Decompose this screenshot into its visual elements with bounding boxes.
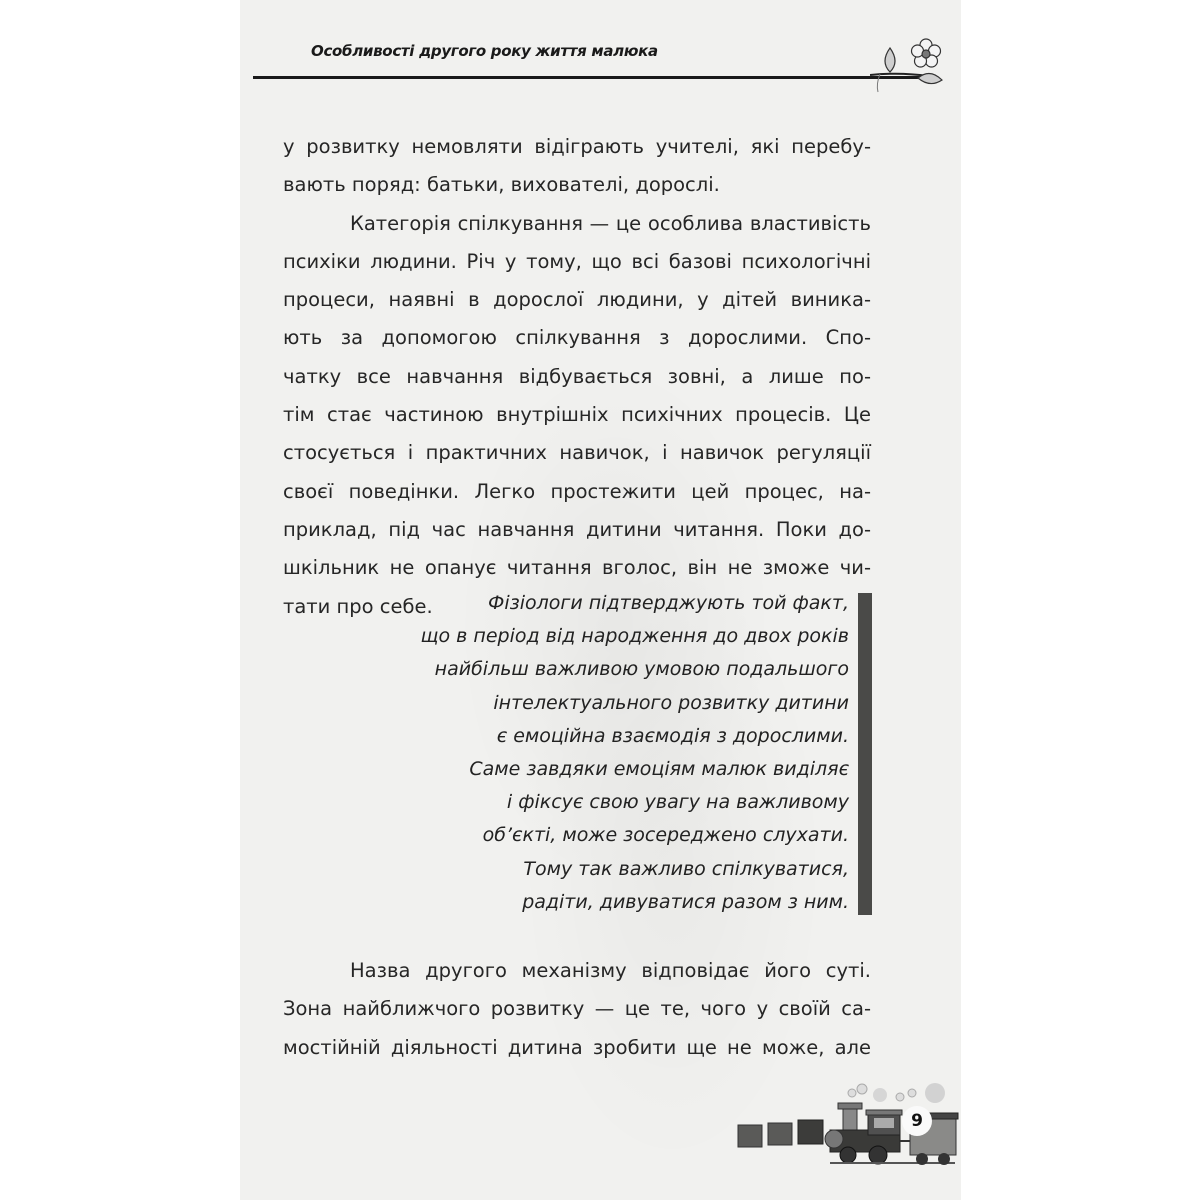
text-line: Категорія спілкування — це особлива влас… (283, 205, 871, 243)
text-line: Зона найближчого розвитку — це те, чого … (283, 990, 871, 1028)
book-page: Особливості другого року життя малюка у … (240, 0, 961, 1200)
text-line: у розвитку немовляти відіграють учителі,… (283, 128, 871, 166)
text-line: своєї поведінки. Легко простежити цей пр… (283, 473, 871, 511)
text-line: стосується і практичних навичок, і навич… (283, 434, 871, 472)
text-line: шкільник не опанує читання вголос, він н… (283, 549, 871, 587)
quote-side-bar (858, 593, 872, 915)
page-number: 9 (902, 1106, 932, 1136)
text-line: приклад, під час навчання дитини читання… (283, 511, 871, 549)
callout-quote: Фізіологи підтверджують той факт, що в п… (360, 587, 849, 919)
quote-line: Тому так важливо спілкуватися, (360, 853, 849, 886)
text-line: Назва другого механізму відповідає його … (283, 952, 871, 990)
text-line: тім стає частиною внутрішніх психічних п… (283, 396, 871, 434)
body-paragraphs: у розвитку немовляти відіграють учителі,… (283, 128, 871, 626)
quote-line: Саме завдяки емоціям малюк виділяє (360, 753, 849, 786)
quote-line: є емоційна взаємодія з дорослими. (360, 720, 849, 753)
text-line: психіки людини. Річ у тому, що всі базов… (283, 243, 871, 281)
flower-with-leaves-icon (870, 38, 950, 108)
quote-line: і фіксує свою увагу на важливому (360, 786, 849, 819)
quote-line: інтелектуального розвитку дитини (360, 687, 849, 720)
quote-line: Фізіологи підтверджують той факт, (360, 587, 849, 620)
quote-line: що в період від народження до двох років (360, 620, 849, 653)
text-line: вають поряд: батьки, вихователі, дорослі… (283, 166, 871, 204)
text-line: ють за допомогою спілкування з дорослими… (283, 319, 871, 357)
text-line: чатку все навчання відбувається зовні, а… (283, 358, 871, 396)
running-head-title: Особливості другого року життя малюка (311, 42, 658, 60)
quote-line: об’єкті, може зосереджено слухати. (360, 819, 849, 852)
header-rule (253, 76, 933, 79)
quote-line: радіти, дивуватися разом з ним. (360, 886, 849, 919)
quote-line: найбільш важливою умовою подальшого (360, 653, 849, 686)
body-paragraph-continued: Назва другого механізму відповідає його … (283, 952, 871, 1067)
text-line: мостійній діяльності дитина зробити ще н… (283, 1029, 871, 1067)
text-line: процеси, наявні в дорослої людини, у діт… (283, 281, 871, 319)
